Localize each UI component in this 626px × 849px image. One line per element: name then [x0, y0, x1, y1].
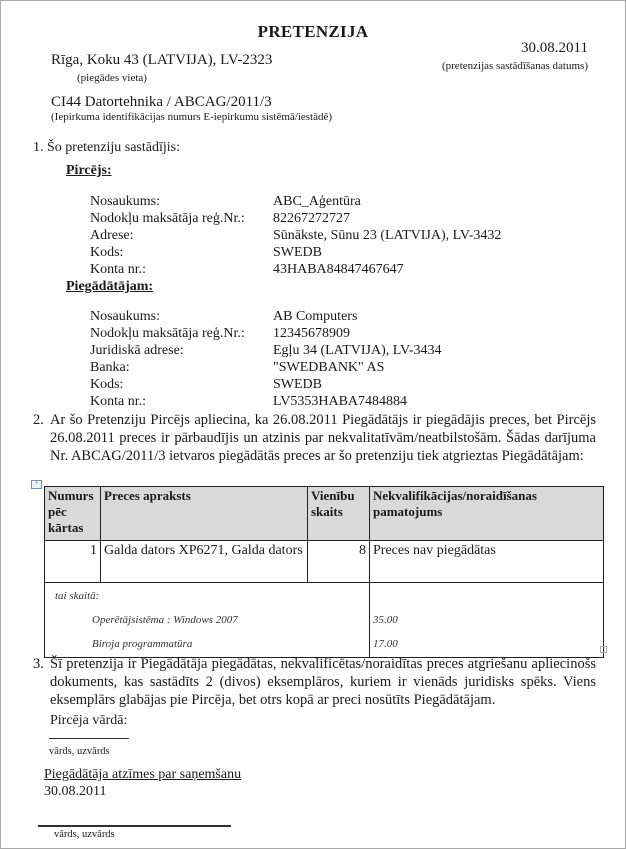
detail-key: Juridiskā adrese:: [90, 342, 273, 359]
detail-row: Banka:"SWEDBANK" AS: [90, 359, 442, 376]
section3-paragraph: 3. Šī pretenzija ir Piegādātāja piegādāt…: [33, 655, 596, 709]
detail-value: 12345678909: [273, 325, 350, 342]
row-number: 1: [45, 541, 101, 583]
buyer-signature-caption: vārds, uzvārds: [49, 746, 110, 757]
detail-key: Konta nr.:: [90, 261, 273, 278]
sub-item-name: Biroja programmatūra: [55, 635, 359, 653]
supplier-signature-line: [38, 825, 231, 827]
sub-item-value: 35.00: [373, 611, 600, 629]
col-header-reason: Nekvalifikācijas/noraidīšanas pamatojums: [370, 487, 604, 541]
section3-number: 3.: [33, 655, 44, 673]
col-header-quantity: Vienību skaits: [308, 487, 370, 541]
detail-key: Nodokļu maksātāja reģ.Nr.:: [90, 325, 273, 342]
claim-date: 30.08.2011: [521, 40, 588, 57]
section1-heading: 1. Šo pretenziju sastādījis:: [33, 140, 180, 156]
col-header-number: Numurs pēc kārtas: [45, 487, 101, 541]
detail-key: Nodokļu maksātāja reģ.Nr.:: [90, 210, 273, 227]
detail-key: Banka:: [90, 359, 273, 376]
supplier-receipt-label: Piegādātāja atzīmes par saņemšanu: [44, 767, 241, 783]
items-table: Numurs pēc kārtas Preces apraksts Vienīb…: [44, 486, 604, 658]
table-row: 1 Galda dators XP6271, Galda dators 8 Pr…: [45, 541, 604, 583]
detail-value: 82267272727: [273, 210, 350, 227]
document-title: PRETENZIJA: [0, 22, 626, 42]
section2-number: 2.: [33, 411, 44, 429]
sub-item-name: Operētājsistēma : Windows 2007: [55, 611, 359, 629]
buyer-signature-label: Pircēja vārdā:: [50, 713, 127, 729]
detail-key: Nosaukums:: [90, 193, 273, 210]
detail-value: SWEDB: [273, 244, 322, 261]
buyer-label: Pircējs:: [66, 163, 112, 179]
delivery-place: Rīga, Koku 43 (LATVIJA), LV-2323: [51, 52, 272, 69]
detail-row: Nosaukums:AB Computers: [90, 308, 442, 325]
supplier-label: Piegādātājam:: [66, 279, 153, 295]
detail-value: SWEDB: [273, 376, 322, 393]
detail-row: Nosaukums:ABC_Aģentūra: [90, 193, 501, 210]
supplier-details: Nosaukums:AB ComputersNodokļu maksātāja …: [90, 308, 442, 410]
row-reason: Preces nav piegādātas: [370, 541, 604, 583]
table-subrow: tai skaitā: Operētājsistēma : Windows 20…: [45, 583, 604, 658]
detail-key: Kods:: [90, 376, 273, 393]
section2-paragraph: 2. Ar šo Pretenziju Pircējs apliecina, k…: [33, 411, 596, 465]
detail-key: Adrese:: [90, 227, 273, 244]
supplier-signature-caption: vārds, uzvārds: [54, 829, 115, 840]
procurement-caption: (Iepirkuma identifikācijas numurs E-iepi…: [51, 111, 332, 123]
detail-key: Nosaukums:: [90, 308, 273, 325]
detail-value: Egļu 34 (LATVIJA), LV-3434: [273, 342, 442, 359]
detail-value: "SWEDBANK" AS: [273, 359, 384, 376]
detail-key: Kods:: [90, 244, 273, 261]
detail-row: Nodokļu maksātāja reģ.Nr.:12345678909: [90, 325, 442, 342]
row-quantity: 8: [308, 541, 370, 583]
detail-key: Konta nr.:: [90, 393, 273, 410]
table-move-handle-icon[interactable]: +: [31, 480, 42, 489]
detail-row: Juridiskā adrese:Egļu 34 (LATVIJA), LV-3…: [90, 342, 442, 359]
detail-row: Kods:SWEDB: [90, 244, 501, 261]
detail-value: Sūnākste, Sūnu 23 (LATVIJA), LV-3432: [273, 227, 501, 244]
detail-value: LV5353HABA7484884: [273, 393, 407, 410]
section2-text: Ar šo Pretenziju Pircējs apliecina, ka 2…: [33, 411, 596, 465]
delivery-place-caption: (piegādes vieta): [77, 72, 147, 84]
detail-row: Kods:SWEDB: [90, 376, 442, 393]
table-resize-handle[interactable]: [600, 646, 607, 653]
sub-label: tai skaitā:: [55, 587, 359, 605]
col-header-description: Preces apraksts: [101, 487, 308, 541]
detail-row: Adrese:Sūnākste, Sūnu 23 (LATVIJA), LV-3…: [90, 227, 501, 244]
claim-date-caption: (pretenzijas sastādīšanas datums): [442, 60, 588, 72]
detail-row: Konta nr.:43HABA84847467647: [90, 261, 501, 278]
procurement-id: CI44 Datortehnika / ABCAG/2011/3: [51, 94, 272, 111]
detail-row: Konta nr.:LV5353HABA7484884: [90, 393, 442, 410]
detail-value: 43HABA84847467647: [273, 261, 404, 278]
sub-item-value: 17.00: [373, 635, 600, 653]
section3-text: Šī pretenzija ir Piegādātāja piegādātas,…: [33, 655, 596, 709]
detail-value: AB Computers: [273, 308, 357, 325]
row-description: Galda dators XP6271, Galda dators: [101, 541, 308, 583]
buyer-signature-line: [49, 738, 129, 739]
detail-value: ABC_Aģentūra: [273, 193, 361, 210]
detail-row: Nodokļu maksātāja reģ.Nr.:82267272727: [90, 210, 501, 227]
supplier-receipt-date: 30.08.2011: [44, 784, 106, 800]
buyer-details: Nosaukums:ABC_AģentūraNodokļu maksātāja …: [90, 193, 501, 278]
